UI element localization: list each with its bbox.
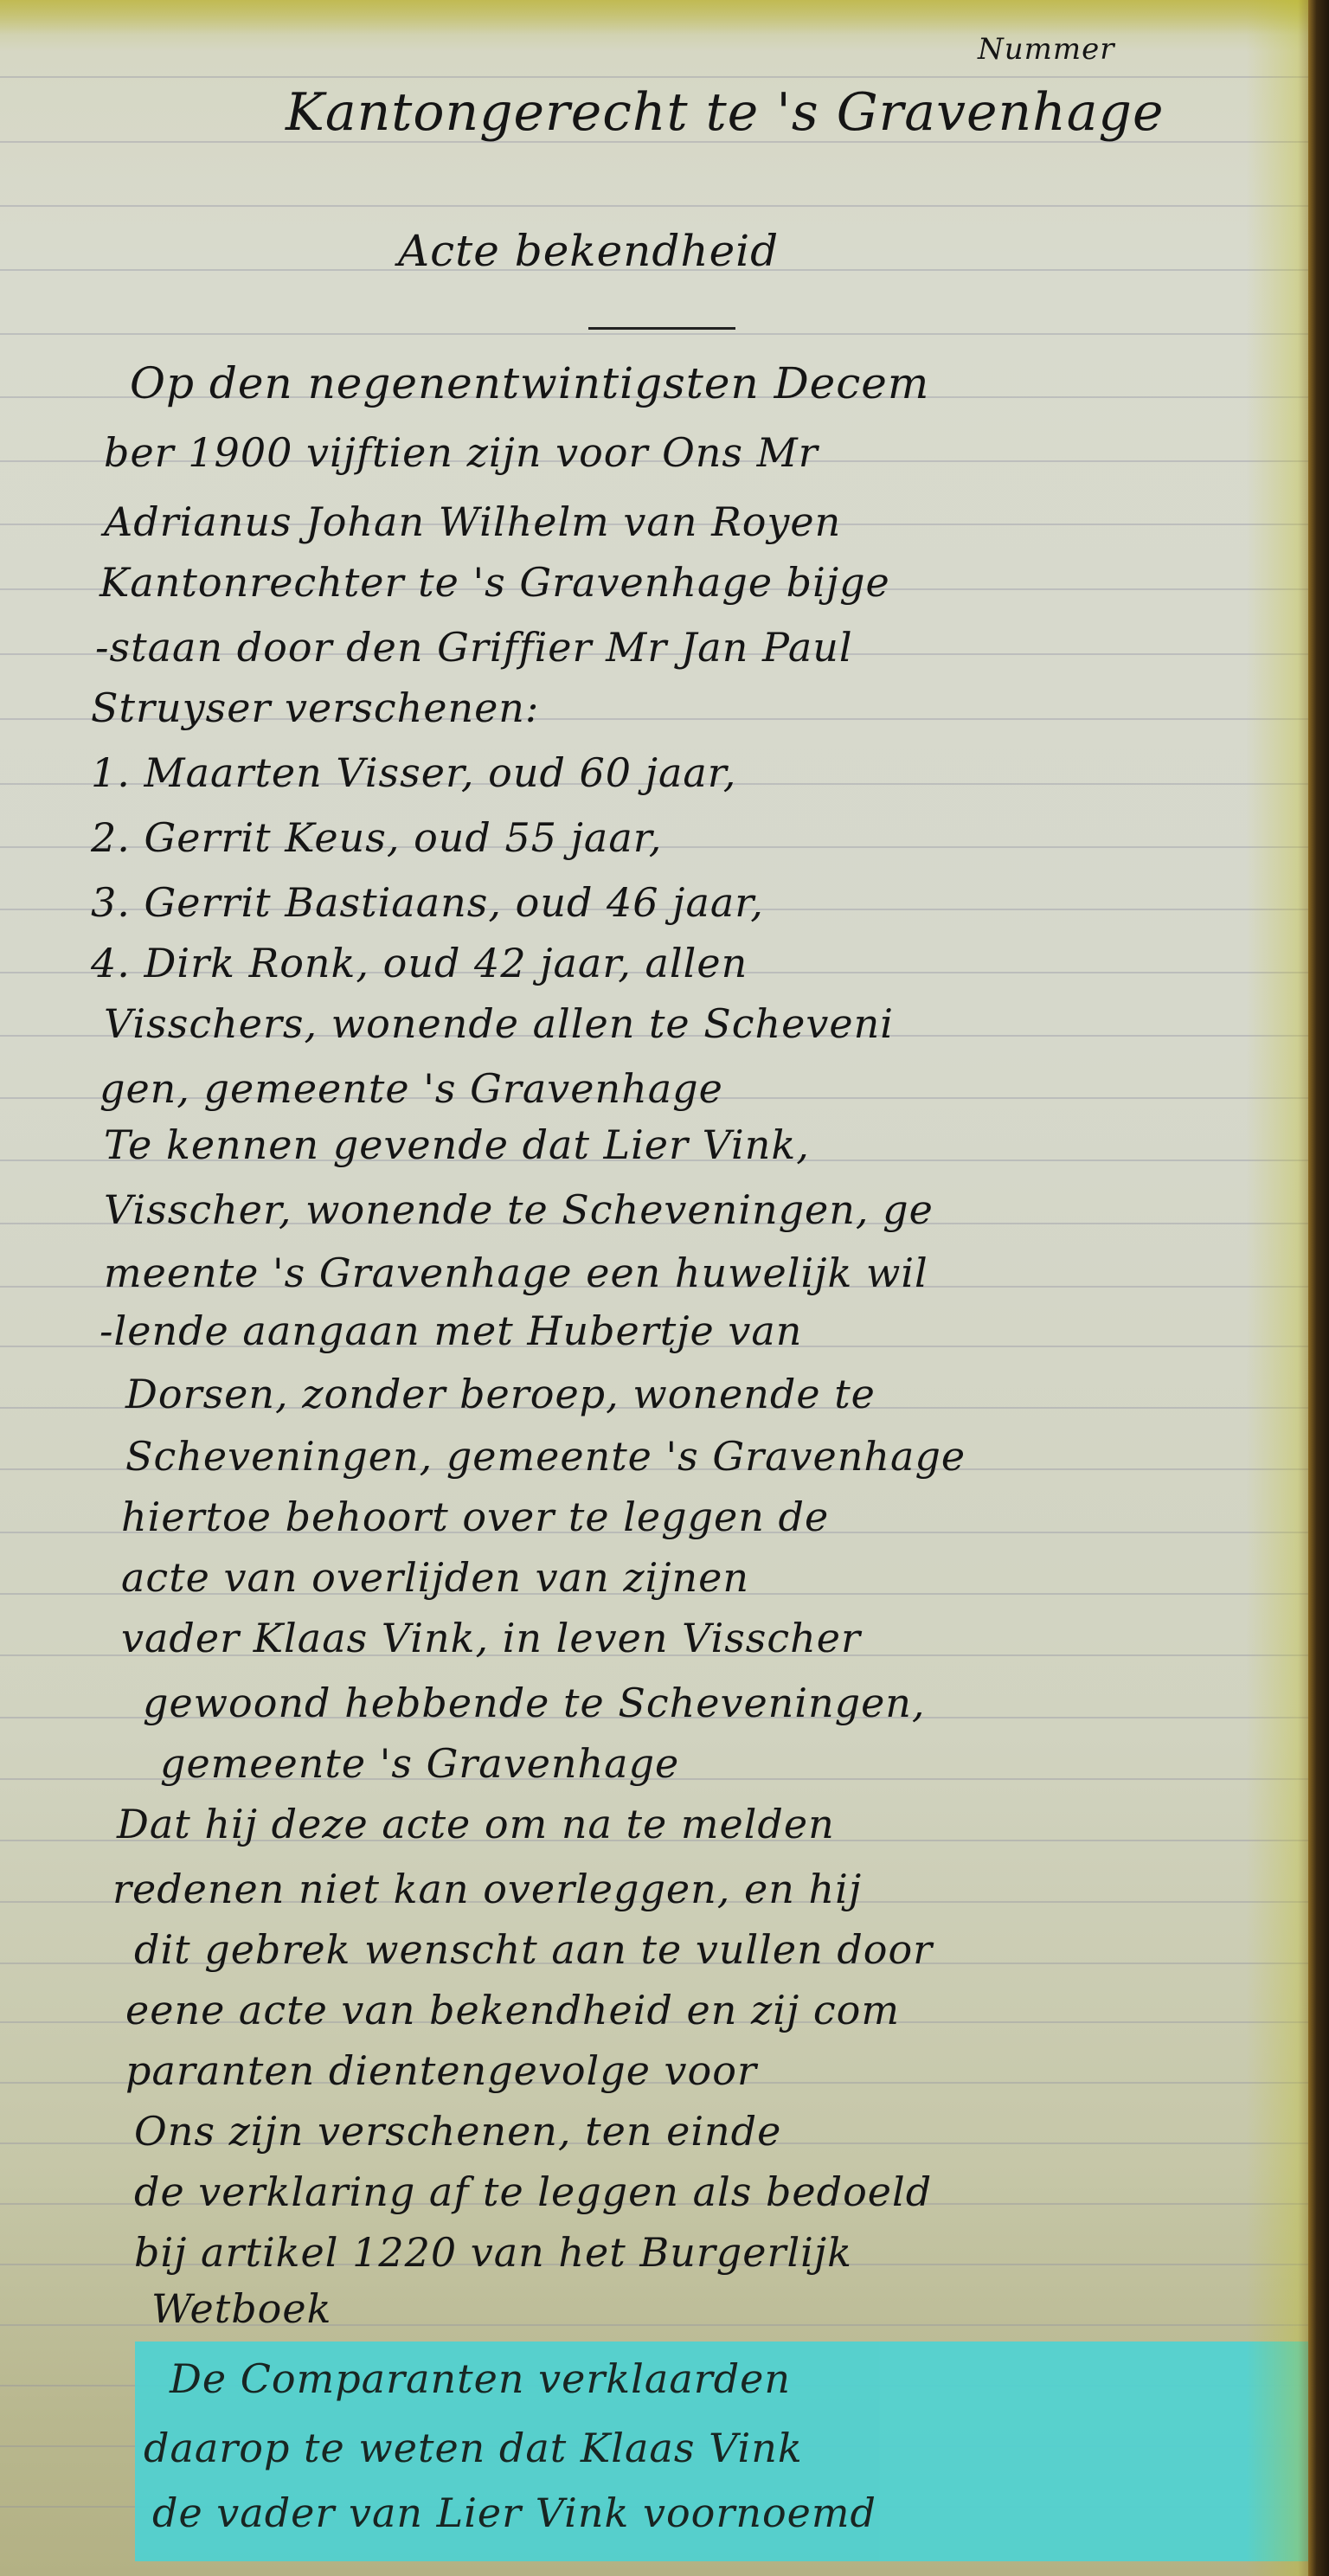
text-line: gen, gemeente 's Gravenhage: [100, 1069, 723, 1108]
text-line: vader Klaas Vink, in leven Visscher: [121, 1618, 861, 1658]
text-line: Scheveningen, gemeente 's Gravenhage: [125, 1436, 966, 1476]
text-line: paranten dientengevolge voor: [125, 2051, 757, 2091]
text-line: acte van overlijden van zijnen: [121, 1558, 749, 1597]
text-line: Adrianus Johan Wilhelm van Royen: [104, 502, 841, 542]
ruled-line: [0, 205, 1308, 207]
text-line: Struyser verschenen:: [91, 688, 539, 728]
text-line: Kantonrechter te 's Gravenhage bijge: [100, 562, 890, 602]
text-line: gewoond hebbende te Scheveningen,: [143, 1683, 926, 1723]
text-line: Dorsen, zonder beroep, wonende te: [125, 1374, 876, 1414]
court-heading: Kantongerecht te 's Gravenhage: [286, 87, 1164, 138]
paper-stain: [0, 0, 1308, 35]
ruled-line: [0, 333, 1308, 335]
text-line: dit gebrek wenscht aan te vullen door: [134, 1930, 933, 1969]
text-line: Dat hij deze acte om na te melden: [117, 1804, 835, 1844]
text-line: -staan door den Griffier Mr Jan Paul: [95, 627, 853, 667]
text-line: ber 1900 vijftien zijn voor Ons Mr: [104, 433, 819, 472]
text-line: redenen niet kan overleggen, en hij: [112, 1869, 862, 1909]
highlighted-line: daarop te weten dat Klaas Vink: [144, 2428, 803, 2468]
text-line: Te kennen gevende dat Lier Vink,: [104, 1125, 810, 1165]
highlighted-passage: De Comparanten verklaarden daarop te wet…: [135, 2342, 1308, 2561]
book-binding-edge: [1308, 0, 1329, 2576]
title-divider: [588, 327, 735, 333]
text-line: Wetboek: [151, 2289, 331, 2329]
text-line: -lende aangaan met Hubertje van: [100, 1311, 802, 1351]
highlighted-line: de vader van Lier Vink voornoemd: [152, 2493, 876, 2533]
list-item: 1. Maarten Visser, oud 60 jaar,: [91, 753, 736, 793]
text-line: eene acte van bekendheid en zij com: [125, 1990, 900, 2030]
text-line: Ons zijn verschenen, ten einde: [134, 2111, 781, 2151]
text-line: gemeente 's Gravenhage: [160, 1744, 679, 1783]
text-line: hiertoe behoort over te leggen de: [121, 1497, 829, 1537]
text-line: de verklaring af te leggen als bedoeld: [134, 2172, 932, 2212]
record-number-label: Nummer: [978, 35, 1115, 64]
ruled-line: [0, 76, 1308, 78]
list-item: 3. Gerrit Bastiaans, oud 46 jaar,: [91, 883, 764, 922]
document-title: Acte bekendheid: [398, 229, 779, 273]
text-line: Op den negenentwintigsten Decem: [130, 362, 929, 405]
text-line: meente 's Gravenhage een huwelijk wil: [104, 1253, 928, 1293]
list-item: 2. Gerrit Keus, oud 55 jaar,: [91, 818, 662, 858]
list-item: 4. Dirk Ronk, oud 42 jaar, allen: [91, 943, 748, 983]
highlighted-line: De Comparanten verklaarden: [170, 2359, 791, 2399]
text-line: Visscher, wonende te Scheveningen, ge: [104, 1190, 934, 1230]
text-line: bij artikel 1220 van het Burgerlijk: [134, 2232, 852, 2272]
document-page: Nummer Kantongerecht te 's Gravenhage Ac…: [0, 0, 1308, 2576]
text-line: Visschers, wonende allen te Scheveni: [104, 1004, 894, 1044]
